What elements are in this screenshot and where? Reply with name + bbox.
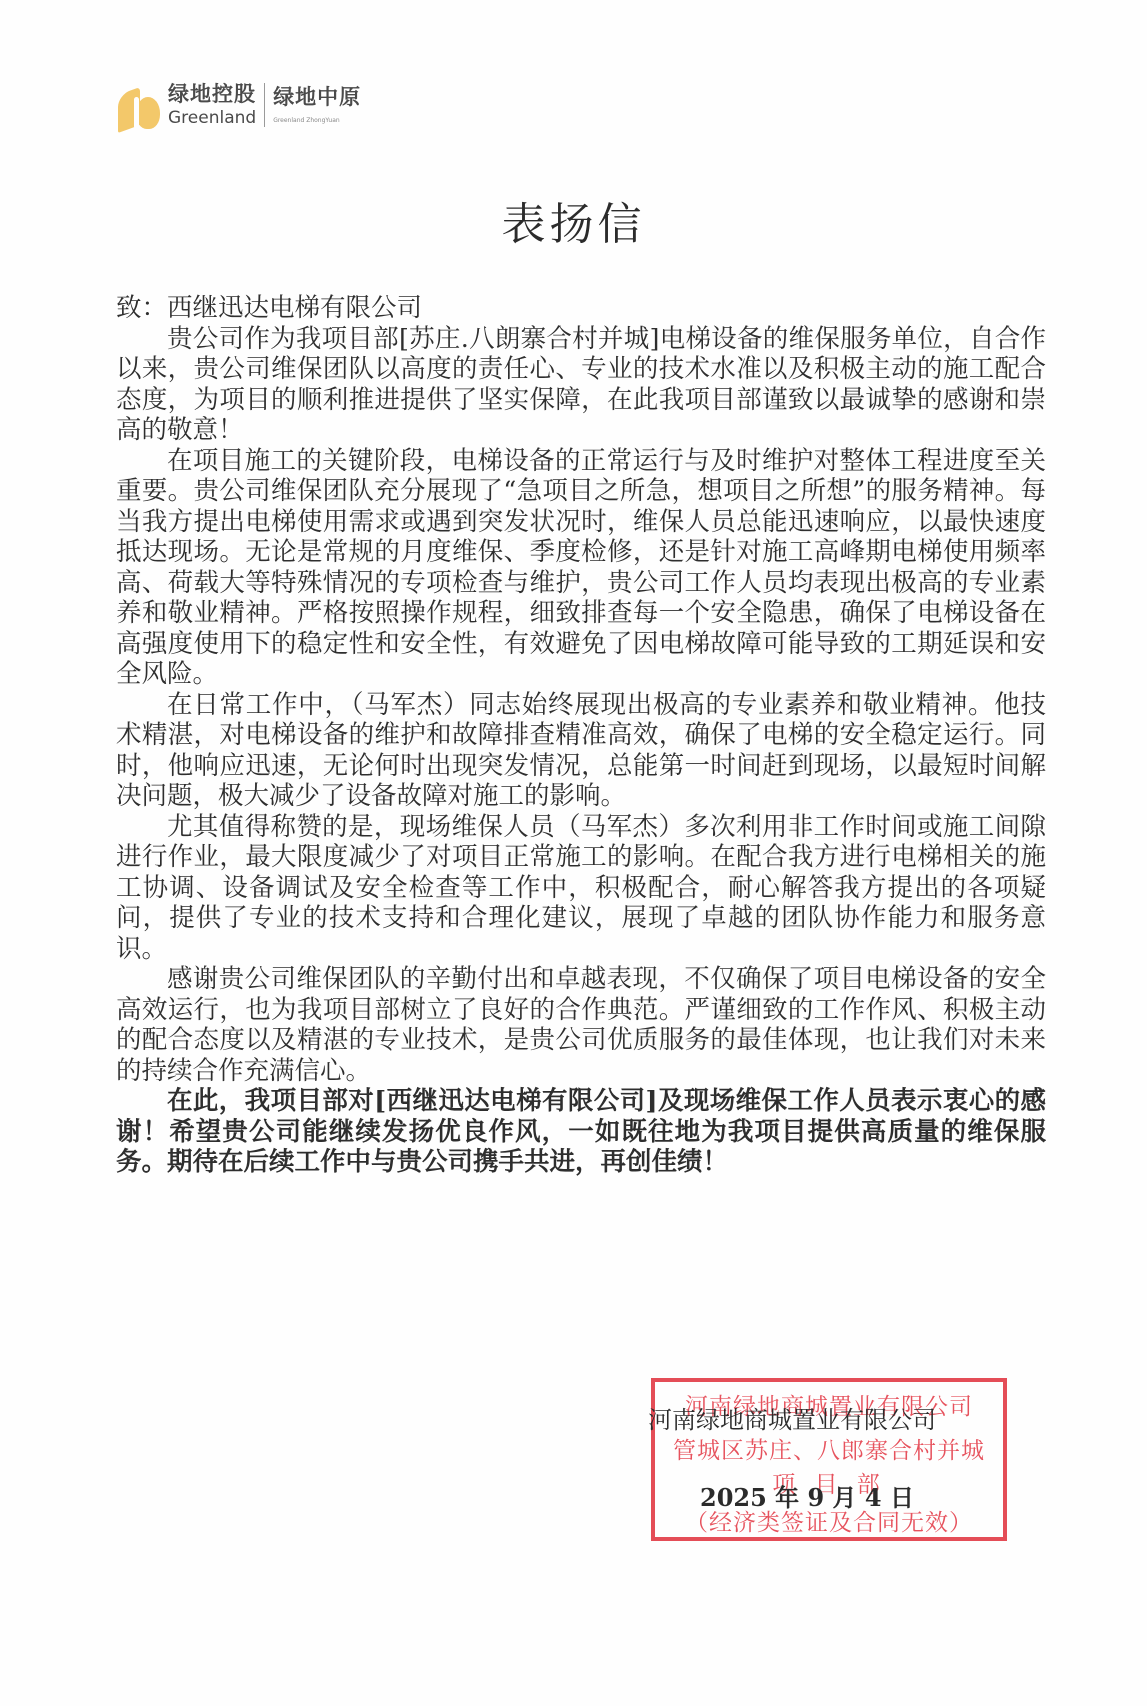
brand-secondary: 绿地中原 Greenland ZhongYuan xyxy=(273,87,361,124)
company-logo: 绿地控股 Greenland 绿地中原 Greenland ZhongYuan xyxy=(116,80,361,130)
paragraph-2: 在项目施工的关键阶段，电梯设备的正常运行与及时维护对整体工程进度至关重要。贵公司… xyxy=(116,446,1046,690)
logo-divider xyxy=(264,83,265,127)
stamp-line-project: 管城区苏庄、八郎寨合村并城 xyxy=(655,1432,1003,1465)
sub-brand-name-en: Greenland ZhongYuan xyxy=(273,118,361,124)
signature-company: 河南绿地商城置业有限公司 xyxy=(648,1400,936,1435)
paragraph-1: 贵公司作为我项目部[苏庄.八朗寨合村并城]电梯设备的维保服务单位，自合作以来，贵… xyxy=(116,324,1046,446)
letter-title: 表扬信 xyxy=(0,188,1147,252)
signature-date: 2025 年 9 月 4 日 xyxy=(700,1478,914,1513)
brand-primary: 绿地控股 Greenland xyxy=(168,84,256,127)
paragraph-4: 尤其值得称赞的是，现场维保人员（马军杰）多次利用非工作时间或施工间隙进行作业，最… xyxy=(116,812,1046,965)
paragraph-3: 在日常工作中，（马军杰）同志始终展现出极高的专业素养和敬业精神。他技术精湛，对电… xyxy=(116,690,1046,812)
greenland-leaf-icon xyxy=(116,81,162,129)
letter-body: 致：西继迅达电梯有限公司 贵公司作为我项目部[苏庄.八朗寨合村并城]电梯设备的维… xyxy=(116,293,1046,1178)
paragraph-6: 在此，我项目部对[西继迅达电梯有限公司]及现场维保工作人员表示衷心的感谢！希望贵… xyxy=(116,1086,1046,1178)
salutation: 致：西继迅达电梯有限公司 xyxy=(116,293,1046,324)
brand-name-cn: 绿地控股 xyxy=(168,84,256,105)
paragraph-5: 感谢贵公司维保团队的辛勤付出和卓越表现，不仅确保了项目电梯设备的安全高效运行，也… xyxy=(116,964,1046,1086)
sub-brand-name-cn: 绿地中原 xyxy=(273,87,361,108)
brand-name-en: Greenland xyxy=(168,110,256,127)
